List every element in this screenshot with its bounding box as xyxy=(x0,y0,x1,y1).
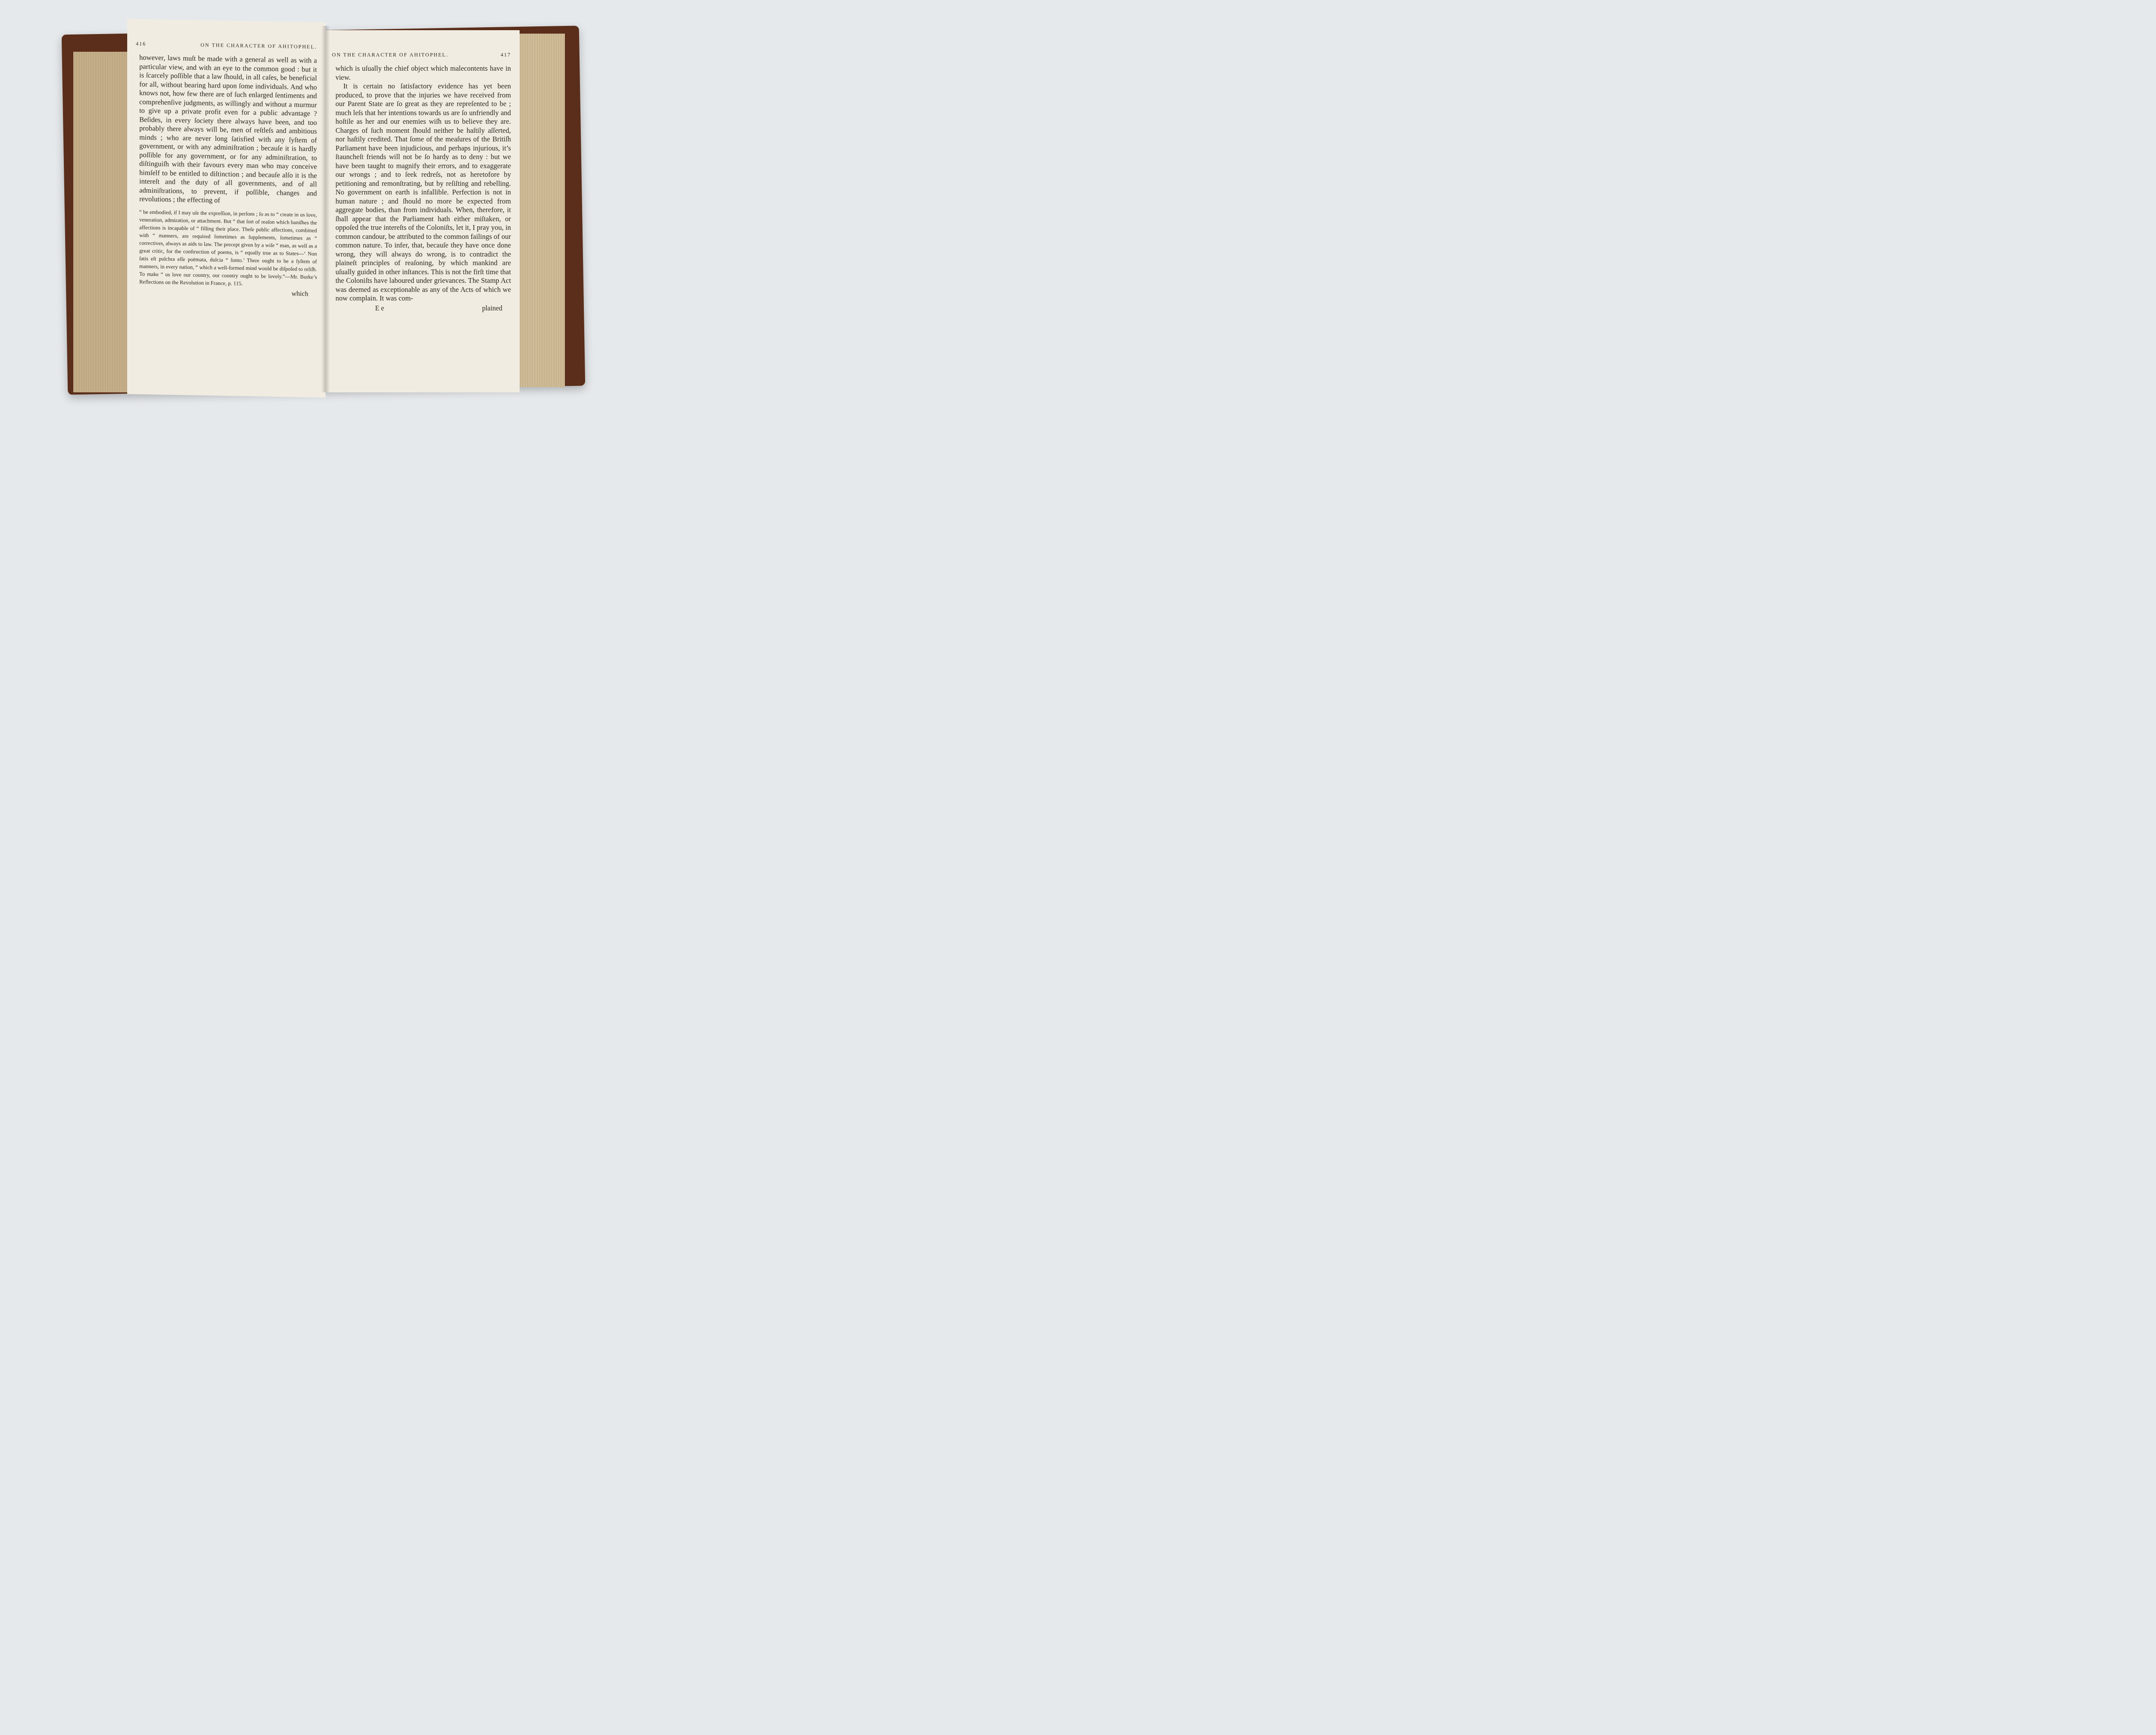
catchword: which xyxy=(291,290,308,298)
footnote: “ be embodied, if I may uſe the expreſſi… xyxy=(127,203,326,288)
right-catchword-line: E e plained xyxy=(323,303,520,313)
paragraph: It is certain no ſatisfactory evidence h… xyxy=(335,82,511,303)
right-body-text: which is uſually the chief object which … xyxy=(323,58,520,303)
catchword: plained xyxy=(482,305,502,313)
left-page: 416 ON THE CHARACTER OF AHITOPHEL. howev… xyxy=(127,19,326,398)
left-body-text: however, laws muſt be made with a genera… xyxy=(127,47,326,207)
paragraph: which is uſually the chief object which … xyxy=(335,64,511,82)
page-number: 417 xyxy=(501,52,511,58)
gutter-shadow xyxy=(321,26,330,392)
page-edges-right xyxy=(517,34,565,387)
page-number: 416 xyxy=(136,41,146,47)
signature-mark: E e xyxy=(375,305,384,313)
page-edges-left xyxy=(73,52,132,392)
right-running-head: ON THE CHARACTER OF AHITOPHEL. 417 xyxy=(323,52,520,58)
running-head: ON THE CHARACTER OF AHITOPHEL. xyxy=(332,52,448,58)
right-page: ON THE CHARACTER OF AHITOPHEL. 417 which… xyxy=(323,30,520,392)
